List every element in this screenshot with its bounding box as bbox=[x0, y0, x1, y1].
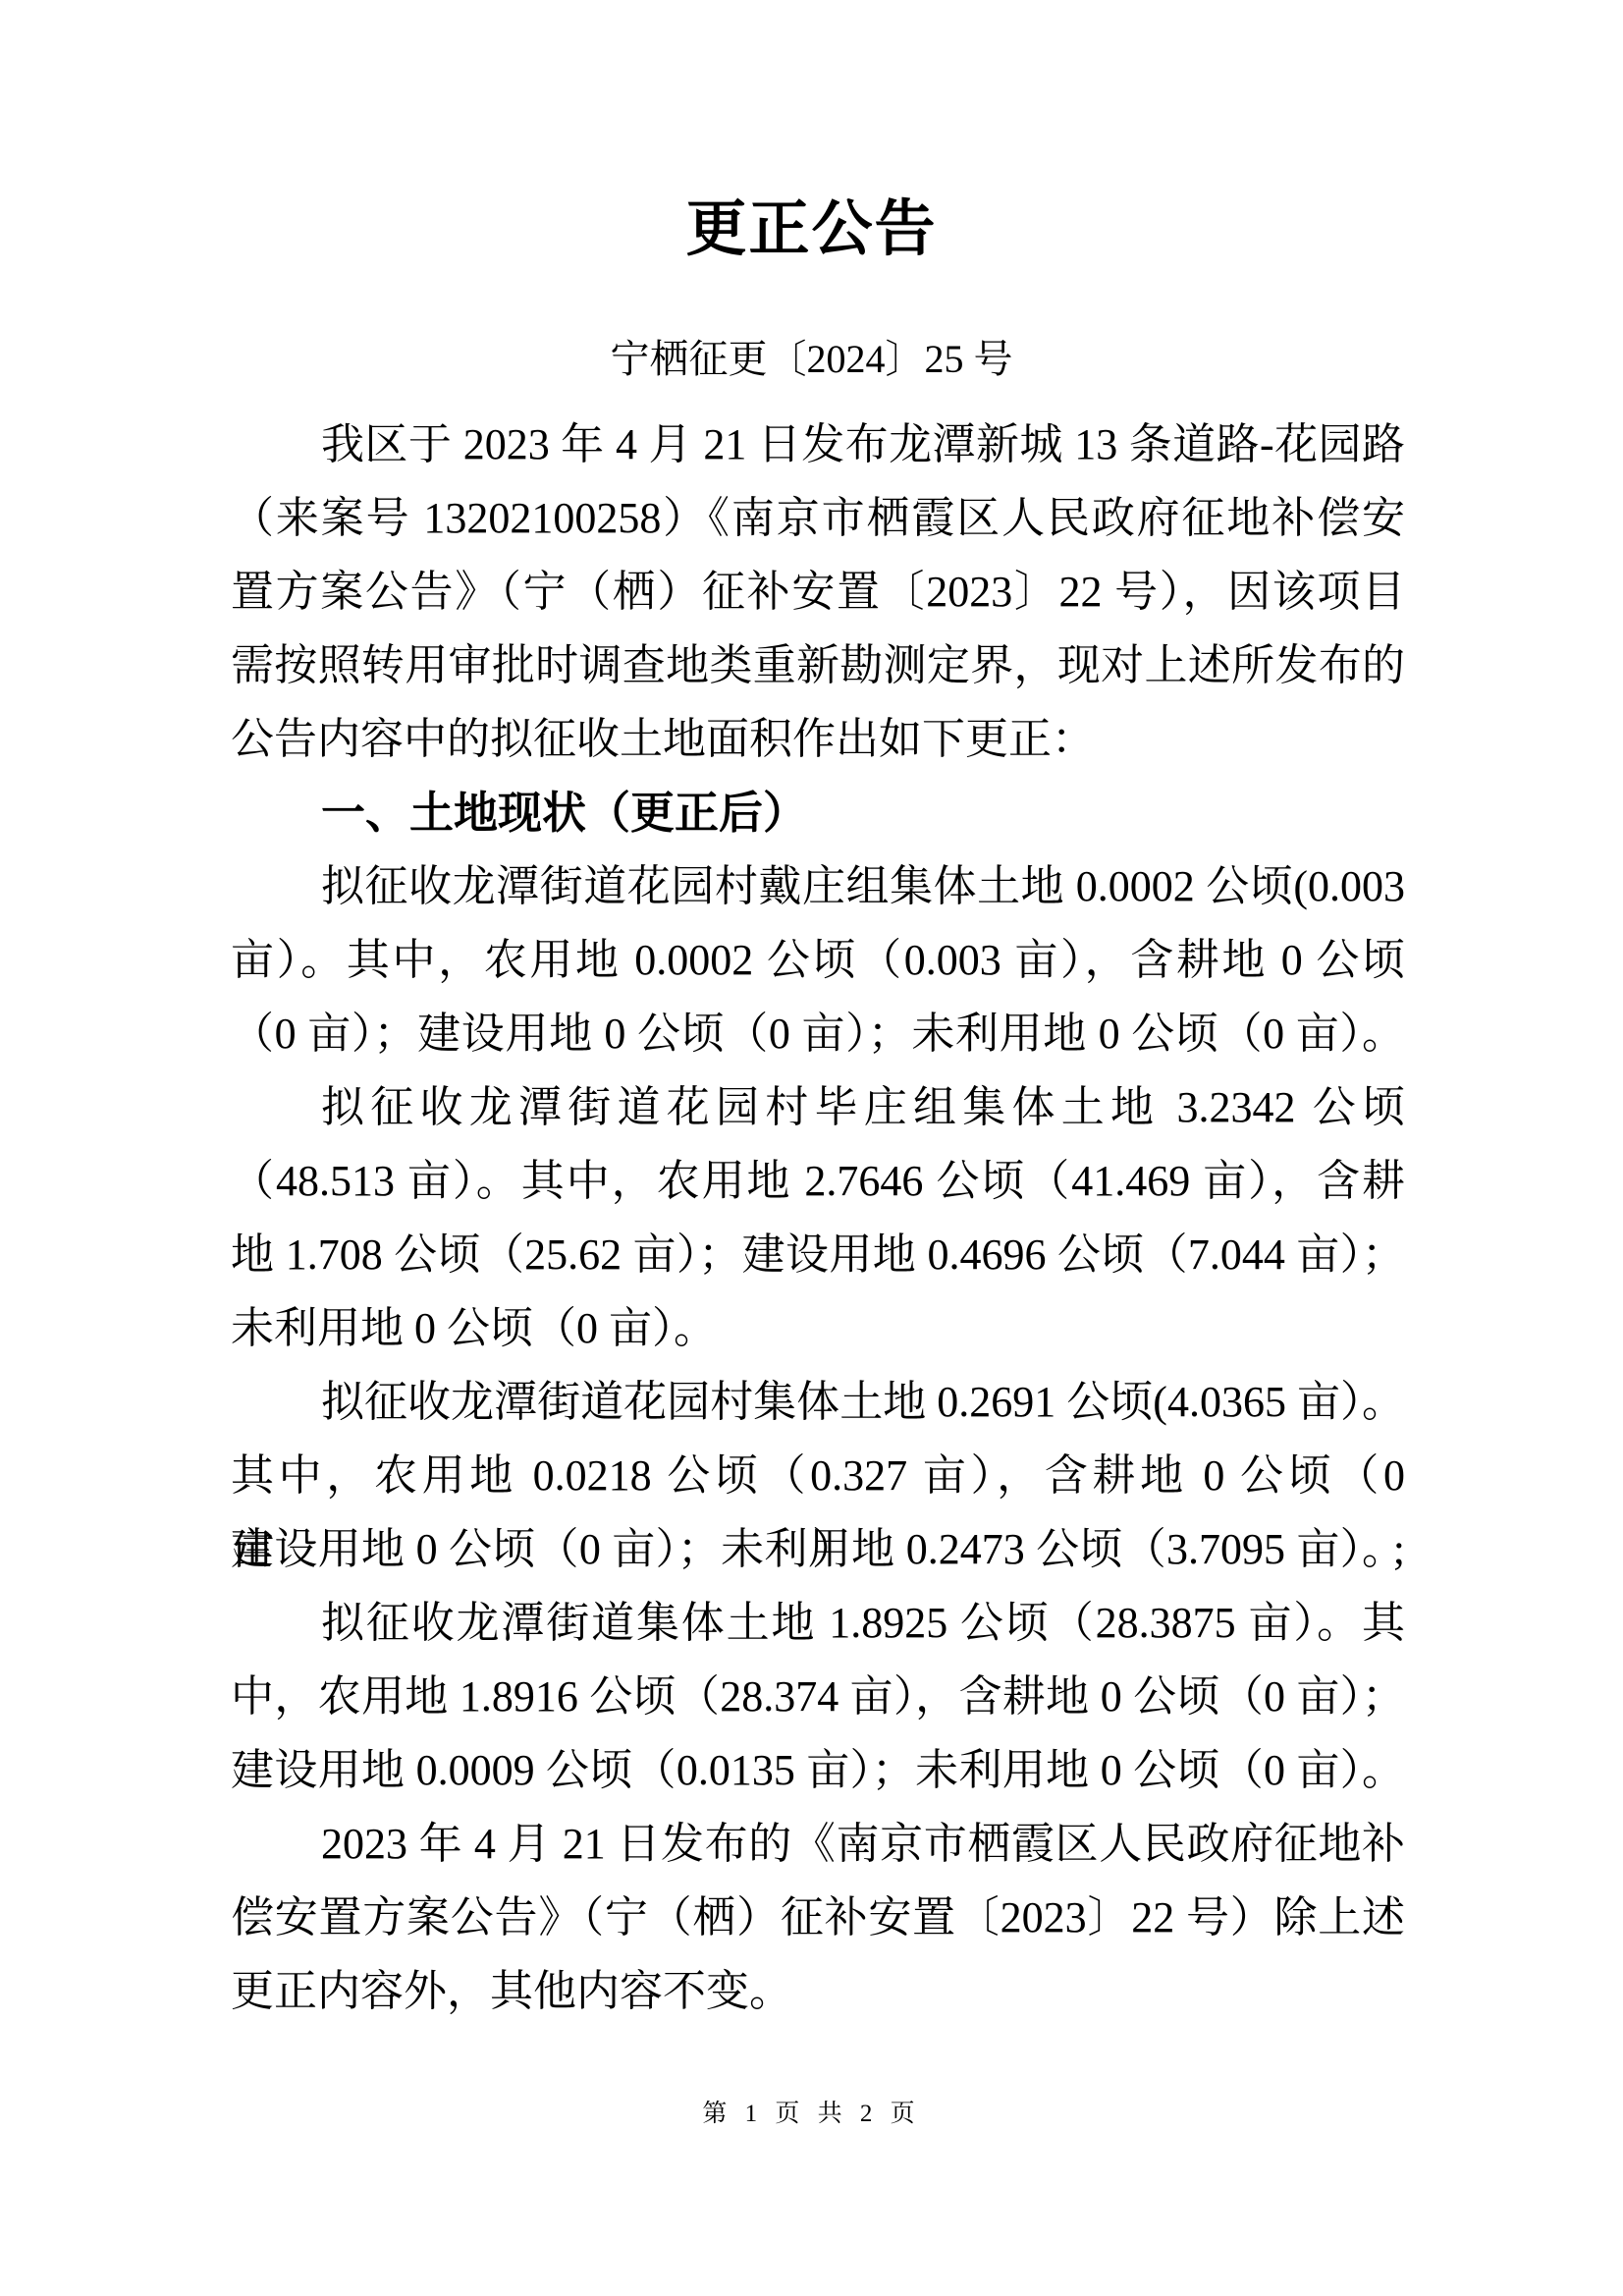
paragraph-line: （0 亩）；建设用地 0 公顷（0 亩）；未利用地 0 公顷（0 亩）。 bbox=[231, 997, 1405, 1070]
paragraph-line: 未利用地 0 公顷（0 亩）。 bbox=[231, 1291, 1405, 1365]
document-body: 我区于 2023 年 4 月 21 日发布龙潭新城 13 条道路-花园路 （来案… bbox=[231, 408, 1405, 2028]
announcement-page: 更正公告 宁栖征更〔2024〕25 号 我区于 2023 年 4 月 21 日发… bbox=[0, 0, 1623, 2296]
paragraph-line: 我区于 2023 年 4 月 21 日发布龙潭新城 13 条道路-花园路 bbox=[231, 408, 1405, 481]
paragraph-line: 地 1.708 公顷（25.62 亩）；建设用地 0.4696 公顷（7.044… bbox=[231, 1218, 1405, 1291]
paragraph-line: 2023 年 4 月 21 日发布的《南京市栖霞区人民政府征地补 bbox=[231, 1807, 1405, 1881]
paragraph-line: 建设用地 0.0009 公顷（0.0135 亩）；未利用地 0 公顷（0 亩）。 bbox=[231, 1733, 1405, 1807]
paragraph-line: 拟征收龙潭街道花园村毕庄组集体土地 3.2342 公顷 bbox=[231, 1070, 1405, 1144]
paragraph-line: 拟征收龙潭街道集体土地 1.8925 公顷（28.3875 亩）。其 bbox=[231, 1586, 1405, 1660]
paragraph-line: 其中，农用地 0.0218 公顷（0.327 亩），含耕地 0 公顷（0 亩）; bbox=[231, 1439, 1405, 1512]
paragraph-line: （48.513 亩）。其中，农用地 2.7646 公顷（41.469 亩），含耕 bbox=[231, 1144, 1405, 1218]
paragraph-line: 拟征收龙潭街道花园村集体土地 0.2691 公顷(4.0365 亩）。 bbox=[231, 1365, 1405, 1439]
paragraph-line: 中，农用地 1.8916 公顷（28.374 亩），含耕地 0 公顷（0 亩）； bbox=[231, 1660, 1405, 1733]
paragraph-line: 拟征收龙潭街道花园村戴庄组集体土地 0.0002 公顷(0.003 bbox=[231, 849, 1405, 923]
paragraph-line: 公告内容中的拟征收土地面积作出如下更正： bbox=[231, 702, 1405, 776]
document-number: 宁栖征更〔2024〕25 号 bbox=[0, 336, 1623, 383]
paragraph-line: 需按照转用审批时调查地类重新勘测定界，现对上述所发布的 bbox=[231, 629, 1405, 702]
paragraph-line: 更正内容外，其他内容不变。 bbox=[231, 1954, 1405, 2028]
paragraph-line: 亩）。其中，农用地 0.0002 公顷（0.003 亩），含耕地 0 公顷 bbox=[231, 923, 1405, 997]
paragraph-line: 偿安置方案公告》（宁（栖）征补安置〔2023〕22 号）除上述 bbox=[231, 1881, 1405, 1954]
page-number: 第 1 页 共 2 页 bbox=[0, 2098, 1623, 2131]
document-title: 更正公告 bbox=[0, 196, 1623, 263]
paragraph-line: 置方案公告》（宁（栖）征补安置〔2023〕22 号），因该项目 bbox=[231, 555, 1405, 629]
paragraph-line: 建设用地 0 公顷（0 亩）；未利用地 0.2473 公顷（3.7095 亩）。 bbox=[231, 1512, 1405, 1586]
section-heading: 一、土地现状（更正后） bbox=[231, 776, 1405, 849]
paragraph-line: （来案号 13202100258）《南京市栖霞区人民政府征地补偿安 bbox=[231, 481, 1405, 555]
